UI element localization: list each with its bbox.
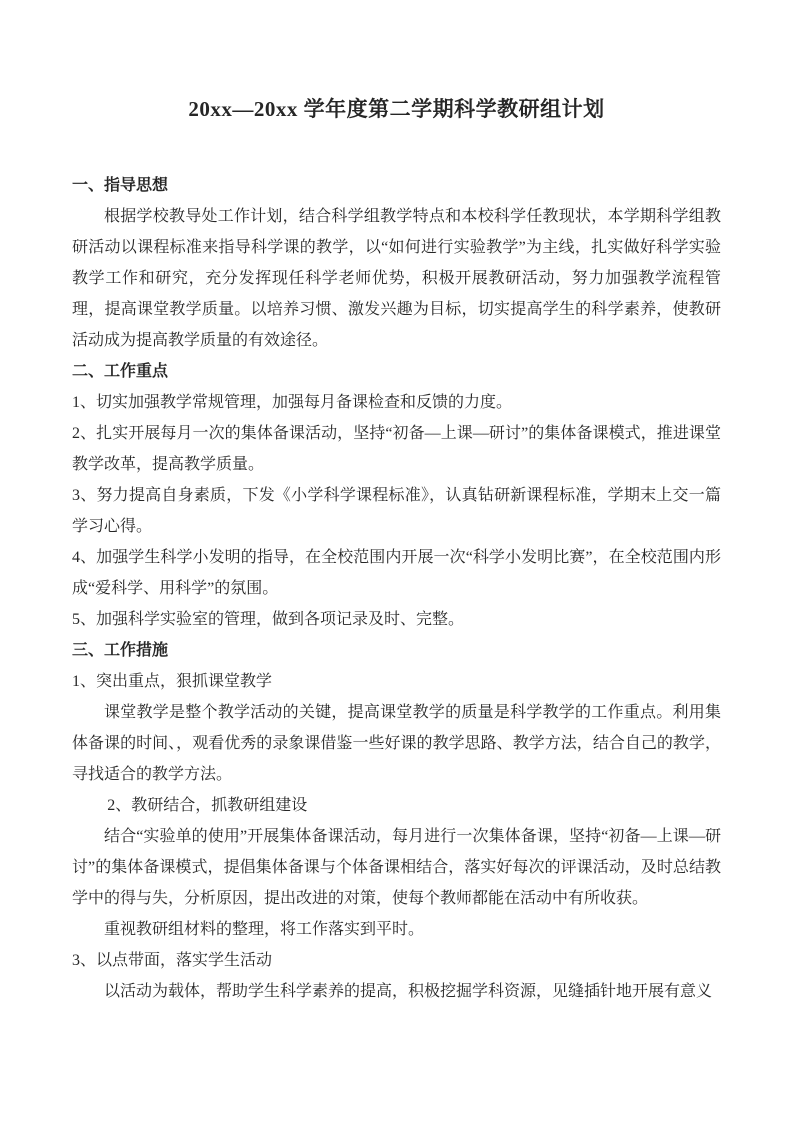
work-priority-item-2: 2、扎实开展每月一次的集体备课活动，坚持“初备—上课—研讨”的集体备课模式，推进… (72, 418, 721, 480)
work-priority-item-4: 4、加强学生科学小发明的指导，在全校范围内开展一次“科学小发明比赛”，在全校范围… (72, 542, 721, 604)
document-title: 20xx—20xx 学年度第二学期科学教研组计划 (72, 93, 721, 126)
paragraph-classroom-teaching: 课堂教学是整个教学活动的关键，提高课堂教学的质量是科学教学的工作重点。利用集体备… (72, 697, 721, 790)
document-content: 20xx—20xx 学年度第二学期科学教研组计划 一、指导思想 根据学校教导处工… (72, 0, 721, 1007)
work-measure-item-1: 1、突出重点，狠抓课堂教学 (72, 666, 721, 697)
work-priority-item-1: 1、切实加强教学常规管理，加强每月备课检查和反馈的力度。 (72, 387, 721, 418)
paragraph-group-lesson-planning: 结合“实验单的使用”开展集体备课活动，每月进行一次集体备课，坚持“初备—上课—研… (72, 821, 721, 914)
work-priority-item-5: 5、加强科学实验室的管理，做到各项记录及时、完整。 (72, 604, 721, 635)
section-heading-guiding-ideology: 一、指导思想 (72, 170, 721, 201)
section-heading-work-measures: 三、工作措施 (72, 635, 721, 666)
document-page: 20xx—20xx 学年度第二学期科学教研组计划 一、指导思想 根据学校教导处工… (0, 0, 793, 1122)
paragraph-guiding-ideology: 根据学校教导处工作计划，结合科学组教学特点和本校科学任教现状，本学期科学组教研活… (72, 201, 721, 356)
paragraph-materials-organizing: 重视教研组材料的整理，将工作落实到平时。 (72, 914, 721, 945)
work-measure-item-3: 3、以点带面，落实学生活动 (72, 945, 721, 976)
paragraph-student-activities: 以活动为载体，帮助学生科学素养的提高，积极挖掘学科资源，见缝插针地开展有意义 (72, 976, 721, 1007)
section-heading-work-priorities: 二、工作重点 (72, 356, 721, 387)
work-priority-item-3: 3、努力提高自身素质，下发《小学科学课程标准》，认真钻研新课程标准，学期末上交一… (72, 480, 721, 542)
work-measure-item-2: 2、教研结合，抓教研组建设 (72, 790, 721, 821)
